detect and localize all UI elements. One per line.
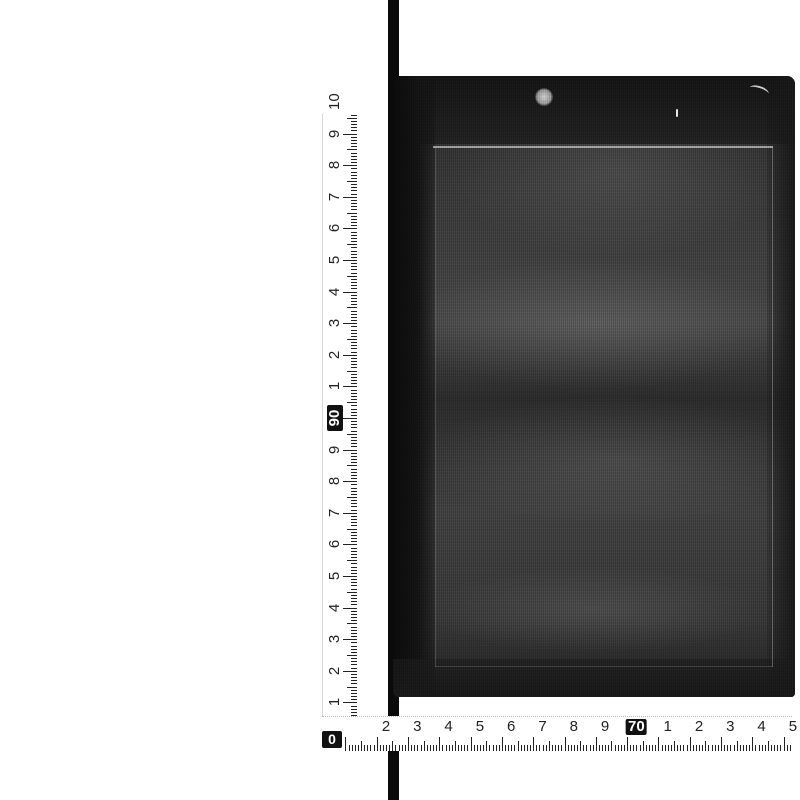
ruler-tick xyxy=(351,377,357,378)
ruler-tick xyxy=(355,745,356,751)
ruler-tick xyxy=(351,190,357,191)
ruler-tick xyxy=(658,737,659,751)
ruler-tick xyxy=(762,745,763,751)
ruler-tick xyxy=(611,741,612,751)
ruler-tick xyxy=(352,745,353,751)
ruler-label: 1 xyxy=(664,719,672,735)
ruler-tick xyxy=(351,462,357,463)
cover-border-top-line xyxy=(433,146,773,148)
ruler-tick xyxy=(351,168,357,169)
ruler-tick xyxy=(746,745,747,751)
ruler-label: 2 xyxy=(327,347,343,363)
ruler-label: 70 xyxy=(626,719,647,735)
ruler-tick xyxy=(351,475,357,476)
ruler-tick xyxy=(351,585,357,586)
ruler-tick xyxy=(351,127,357,128)
ruler-tick xyxy=(351,538,357,539)
vertical-ruler: 1234567899012345678910 xyxy=(322,114,357,750)
ruler-tick xyxy=(351,257,357,258)
ruler-tick xyxy=(351,263,357,264)
ruler-tick xyxy=(351,295,357,296)
ruler-label: 10 xyxy=(327,94,343,110)
ruler-tick xyxy=(743,745,744,751)
ruler-tick xyxy=(351,156,357,157)
ruler-tick xyxy=(347,371,357,372)
ruler-tick xyxy=(347,118,357,119)
ruler-tick xyxy=(351,298,357,299)
ruler-tick xyxy=(343,544,357,545)
ruler-tick xyxy=(351,620,357,621)
ruler-tick xyxy=(351,200,357,201)
ruler-tick xyxy=(455,741,456,751)
ruler-tick xyxy=(351,614,357,615)
ruler-tick xyxy=(449,745,450,751)
ruler-tick xyxy=(351,456,357,457)
ruler-tick xyxy=(640,745,641,751)
ruler-tick xyxy=(436,745,437,751)
ruler-tick xyxy=(351,453,357,454)
ruler-tick xyxy=(351,390,357,391)
ruler-tick xyxy=(477,745,478,751)
ruler-tick xyxy=(351,326,357,327)
ruler-label: 5 xyxy=(789,719,797,735)
ruler-tick xyxy=(351,582,357,583)
ruler-tick xyxy=(351,172,357,173)
ruler-tick xyxy=(655,745,656,751)
ruler-tick xyxy=(351,459,357,460)
ruler-tick xyxy=(347,592,357,593)
ruler-tick xyxy=(351,573,357,574)
ruler-tick xyxy=(343,418,357,419)
ruler-tick xyxy=(351,301,357,302)
ruler-tick xyxy=(351,409,357,410)
ruler-tick xyxy=(351,604,357,605)
ruler-tick xyxy=(351,333,357,334)
ruler-tick xyxy=(347,339,357,340)
ruler-tick xyxy=(574,745,575,751)
ruler-tick xyxy=(718,745,719,751)
ruler-tick xyxy=(351,668,357,669)
ruler-tick xyxy=(546,745,547,751)
ruler-label: 3 xyxy=(726,719,734,735)
ruler-tick xyxy=(351,399,357,400)
ruler-tick xyxy=(351,304,357,305)
ruler-tick xyxy=(627,737,628,751)
ruler-tick xyxy=(427,745,428,751)
ruler-tick xyxy=(343,386,357,387)
ruler-tick xyxy=(351,532,357,533)
ruler-tick xyxy=(421,745,422,751)
ruler-tick xyxy=(633,745,634,751)
ruler-tick xyxy=(347,529,357,530)
ruler-tick xyxy=(740,745,741,751)
ruler-tick xyxy=(571,745,572,751)
ruler-tick xyxy=(702,745,703,751)
ruler-tick xyxy=(351,427,357,428)
ruler-tick xyxy=(374,745,375,751)
ruler-tick xyxy=(351,699,357,700)
ruler-tick xyxy=(351,690,357,691)
ruler-tick xyxy=(755,745,756,751)
ruler-tick xyxy=(402,745,403,751)
ruler-tick xyxy=(351,642,357,643)
ruler-tick xyxy=(364,745,365,751)
ruler-tick xyxy=(343,702,357,703)
cover-corner-curl xyxy=(748,83,770,99)
ruler-tick xyxy=(505,745,506,751)
ruler-tick xyxy=(539,745,540,751)
ruler-tick xyxy=(351,364,357,365)
cover-stain-spot xyxy=(535,88,553,106)
ruler-tick xyxy=(596,737,597,751)
ruler-tick xyxy=(580,741,581,751)
ruler-tick xyxy=(649,745,650,751)
ruler-tick xyxy=(351,611,357,612)
ruler-tick xyxy=(351,285,357,286)
ruler-tick xyxy=(351,348,357,349)
horizontal-ruler: 234567897012345 xyxy=(322,716,792,751)
ruler-tick xyxy=(343,576,357,577)
ruler-tick xyxy=(351,206,357,207)
ruler-tick xyxy=(351,235,357,236)
ruler-tick xyxy=(351,115,357,116)
ruler-tick xyxy=(508,745,509,751)
ruler-tick xyxy=(552,745,553,751)
ruler-tick xyxy=(502,737,503,751)
ruler-tick xyxy=(518,741,519,751)
ruler-tick xyxy=(351,661,357,662)
ruler-tick xyxy=(347,623,357,624)
ruler-tick xyxy=(343,292,357,293)
ruler-tick xyxy=(351,674,357,675)
ruler-tick xyxy=(351,330,357,331)
ruler-tick xyxy=(351,219,357,220)
ruler-tick xyxy=(643,741,644,751)
ruler-tick xyxy=(343,671,357,672)
ruler-tick xyxy=(351,446,357,447)
ruler-tick xyxy=(351,140,357,141)
ruler-tick xyxy=(561,745,562,751)
ruler-tick xyxy=(351,677,357,678)
ruler-tick xyxy=(347,434,357,435)
ruler-tick xyxy=(586,745,587,751)
ruler-tick xyxy=(351,279,357,280)
ruler-tick xyxy=(383,745,384,751)
ruler-tick xyxy=(351,222,357,223)
ruler-tick xyxy=(351,431,357,432)
ruler-tick xyxy=(351,209,357,210)
ruler-tick xyxy=(464,745,465,751)
ruler-tick xyxy=(405,745,406,751)
ruler-tick xyxy=(351,336,357,337)
ruler-label: 7 xyxy=(538,719,546,735)
ruler-tick xyxy=(524,745,525,751)
ruler-tick xyxy=(351,247,357,248)
ruler-tick xyxy=(712,745,713,751)
ruler-tick xyxy=(624,745,625,751)
ruler-tick xyxy=(565,737,566,751)
ruler-tick xyxy=(351,121,357,122)
ruler-label: 7 xyxy=(327,189,343,205)
ruler-tick xyxy=(351,443,357,444)
ruler-label: 6 xyxy=(327,220,343,236)
ruler-tick xyxy=(351,162,357,163)
ruler-tick xyxy=(351,649,357,650)
ruler-tick xyxy=(343,608,357,609)
ruler-tick xyxy=(351,696,357,697)
ruler-tick xyxy=(683,745,684,751)
ruler-tick xyxy=(347,276,357,277)
ruler-tick xyxy=(408,737,409,751)
ruler-label: 6 xyxy=(327,536,343,552)
horizontal-ruler-ticks xyxy=(322,737,792,751)
ruler-tick xyxy=(389,745,390,751)
ruler-tick xyxy=(774,745,775,751)
ruler-tick xyxy=(351,557,357,558)
ruler-tick xyxy=(351,137,357,138)
ruler-tick xyxy=(527,745,528,751)
ruler-tick xyxy=(351,630,357,631)
ruler-label: 3 xyxy=(413,719,421,735)
ruler-label: 5 xyxy=(327,568,343,584)
ruler-tick xyxy=(343,450,357,451)
ruler-tick xyxy=(499,745,500,751)
ruler-tick xyxy=(599,745,600,751)
ruler-tick xyxy=(583,745,584,751)
ruler-tick xyxy=(351,311,357,312)
ruler-tick xyxy=(351,491,357,492)
ruler-tick xyxy=(474,745,475,751)
ruler-tick xyxy=(351,383,357,384)
ruler-tick xyxy=(693,745,694,751)
ruler-tick xyxy=(351,652,357,653)
ruler-tick xyxy=(730,745,731,751)
ruler-tick xyxy=(705,741,706,751)
ruler-tick xyxy=(414,745,415,751)
ruler-tick xyxy=(351,178,357,179)
ruler-tick xyxy=(489,745,490,751)
ruler-tick xyxy=(536,745,537,751)
ruler-tick xyxy=(351,361,357,362)
ruler-tick xyxy=(618,745,619,751)
vertical-ruler-ticks xyxy=(343,114,357,750)
ruler-tick xyxy=(442,745,443,751)
ruler-tick xyxy=(351,415,357,416)
ruler-tick xyxy=(351,658,357,659)
ruler-tick xyxy=(699,745,700,751)
ruler-label: 9 xyxy=(601,719,609,735)
ruler-tick xyxy=(790,745,791,751)
ruler-tick xyxy=(543,745,544,751)
ruler-tick xyxy=(347,655,357,656)
ruler-tick xyxy=(636,745,637,751)
ruler-tick xyxy=(358,745,359,751)
ruler-tick xyxy=(351,598,357,599)
ruler-tick xyxy=(351,506,357,507)
ruler-tick xyxy=(780,745,781,751)
ruler-tick xyxy=(347,244,357,245)
ruler-tick xyxy=(351,627,357,628)
ruler-tick xyxy=(351,535,357,536)
ruler-tick xyxy=(493,745,494,751)
ruler-tick xyxy=(771,745,772,751)
ruler-tick xyxy=(347,560,357,561)
ruler-tick xyxy=(480,745,481,751)
ruler-label: 8 xyxy=(570,719,578,735)
ruler-tick xyxy=(351,393,357,394)
ruler-tick xyxy=(351,601,357,602)
ruler-tick xyxy=(351,664,357,665)
ruler-tick xyxy=(621,745,622,751)
ruler-tick xyxy=(433,745,434,751)
ruler-tick xyxy=(386,745,387,751)
ruler-tick xyxy=(347,687,357,688)
ruler-label: 3 xyxy=(327,631,343,647)
ruler-tick xyxy=(590,745,591,751)
ruler-tick xyxy=(351,617,357,618)
ruler-tick xyxy=(351,579,357,580)
ruler-tick xyxy=(787,745,788,751)
ruler-tick xyxy=(351,146,357,147)
ruler-tick xyxy=(680,745,681,751)
ruler-tick xyxy=(347,307,357,308)
ruler-tick xyxy=(351,269,357,270)
ruler-tick xyxy=(399,745,400,751)
ruler-tick xyxy=(351,175,357,176)
ruler-tick xyxy=(351,494,357,495)
ruler-tick xyxy=(343,481,357,482)
ruler-label: 3 xyxy=(327,315,343,331)
ruler-tick xyxy=(558,745,559,751)
ruler-tick xyxy=(351,636,357,637)
ruler-tick xyxy=(343,323,357,324)
ruler-tick xyxy=(345,737,346,751)
ruler-tick xyxy=(351,184,357,185)
ruler-tick xyxy=(351,225,357,226)
ruler-tick xyxy=(351,522,357,523)
ruler-tick xyxy=(351,153,357,154)
ruler-tick xyxy=(737,741,738,751)
ruler-tick xyxy=(367,745,368,751)
ruler-tick xyxy=(351,541,357,542)
ruler-label: 1 xyxy=(327,694,343,710)
ruler-tick xyxy=(351,412,357,413)
ruler-tick xyxy=(351,273,357,274)
ruler-tick xyxy=(343,197,357,198)
ruler-tick xyxy=(411,745,412,751)
ruler-tick xyxy=(351,510,357,511)
cover-border-left-line xyxy=(435,146,436,667)
ruler-tick xyxy=(687,745,688,751)
ruler-tick xyxy=(343,228,357,229)
ruler-tick xyxy=(549,741,550,751)
ruler-tick xyxy=(417,745,418,751)
ruler-tick xyxy=(511,745,512,751)
ruler-tick xyxy=(351,633,357,634)
book-right-edge xyxy=(767,76,795,697)
ruler-tick xyxy=(521,745,522,751)
ruler-tick xyxy=(351,203,357,204)
ruler-tick xyxy=(351,251,357,252)
ruler-label: 7 xyxy=(327,505,343,521)
ruler-tick xyxy=(759,745,760,751)
ruler-tick xyxy=(351,516,357,517)
ruler-tick xyxy=(646,745,647,751)
cover-border-right-line xyxy=(772,146,773,667)
ruler-tick xyxy=(461,745,462,751)
ruler-tick xyxy=(530,745,531,751)
book-spine-edge xyxy=(393,76,435,697)
ruler-tick xyxy=(351,503,357,504)
ruler-tick xyxy=(351,709,357,710)
ruler-tick xyxy=(351,342,357,343)
ruler-tick xyxy=(351,317,357,318)
ruler-tick xyxy=(471,737,472,751)
ruler-tick xyxy=(602,745,603,751)
ruler-tick xyxy=(351,646,357,647)
ruler-tick xyxy=(696,745,697,751)
ruler-tick xyxy=(347,149,357,150)
ruler-tick xyxy=(577,745,578,751)
ruler-tick xyxy=(514,745,515,751)
ruler-tick xyxy=(351,595,357,596)
ruler-tick xyxy=(392,741,393,751)
ruler-tick xyxy=(343,355,357,356)
ruler-label: 4 xyxy=(327,284,343,300)
ruler-tick xyxy=(677,745,678,751)
ruler-tick xyxy=(351,254,357,255)
ruler-tick xyxy=(467,745,468,751)
ruler-tick xyxy=(343,639,357,640)
ruler-tick xyxy=(351,437,357,438)
ruler-tick xyxy=(668,745,669,751)
ruler-origin-label: 0 xyxy=(322,731,342,748)
ruler-label: 4 xyxy=(757,719,765,735)
ruler-tick xyxy=(784,737,785,751)
ruler-tick xyxy=(347,181,357,182)
ruler-tick xyxy=(347,465,357,466)
ruler-tick xyxy=(671,745,672,751)
ruler-tick xyxy=(727,745,728,751)
ruler-tick xyxy=(605,745,606,751)
ruler-label: 2 xyxy=(695,719,703,735)
ruler-tick xyxy=(430,745,431,751)
ruler-tick xyxy=(351,194,357,195)
ruler-tick xyxy=(351,241,357,242)
ruler-tick xyxy=(380,745,381,751)
ruler-label: 2 xyxy=(327,663,343,679)
ruler-tick xyxy=(349,745,350,751)
ruler-tick xyxy=(351,130,357,131)
ruler-tick xyxy=(721,737,722,751)
ruler-tick xyxy=(351,380,357,381)
ruler-tick xyxy=(662,745,663,751)
ruler-tick xyxy=(351,563,357,564)
ruler-tick xyxy=(768,741,769,751)
ruler-tick xyxy=(351,374,357,375)
ruler-label: 8 xyxy=(327,473,343,489)
ruler-label: 1 xyxy=(327,378,343,394)
book-cover xyxy=(393,76,795,697)
ruler-tick xyxy=(351,232,357,233)
ruler-tick xyxy=(351,320,357,321)
ruler-tick xyxy=(708,745,709,751)
ruler-label: 90 xyxy=(327,405,343,431)
ruler-tick xyxy=(351,421,357,422)
ruler-tick xyxy=(351,238,357,239)
book-top-band xyxy=(393,76,795,144)
ruler-tick xyxy=(593,745,594,751)
